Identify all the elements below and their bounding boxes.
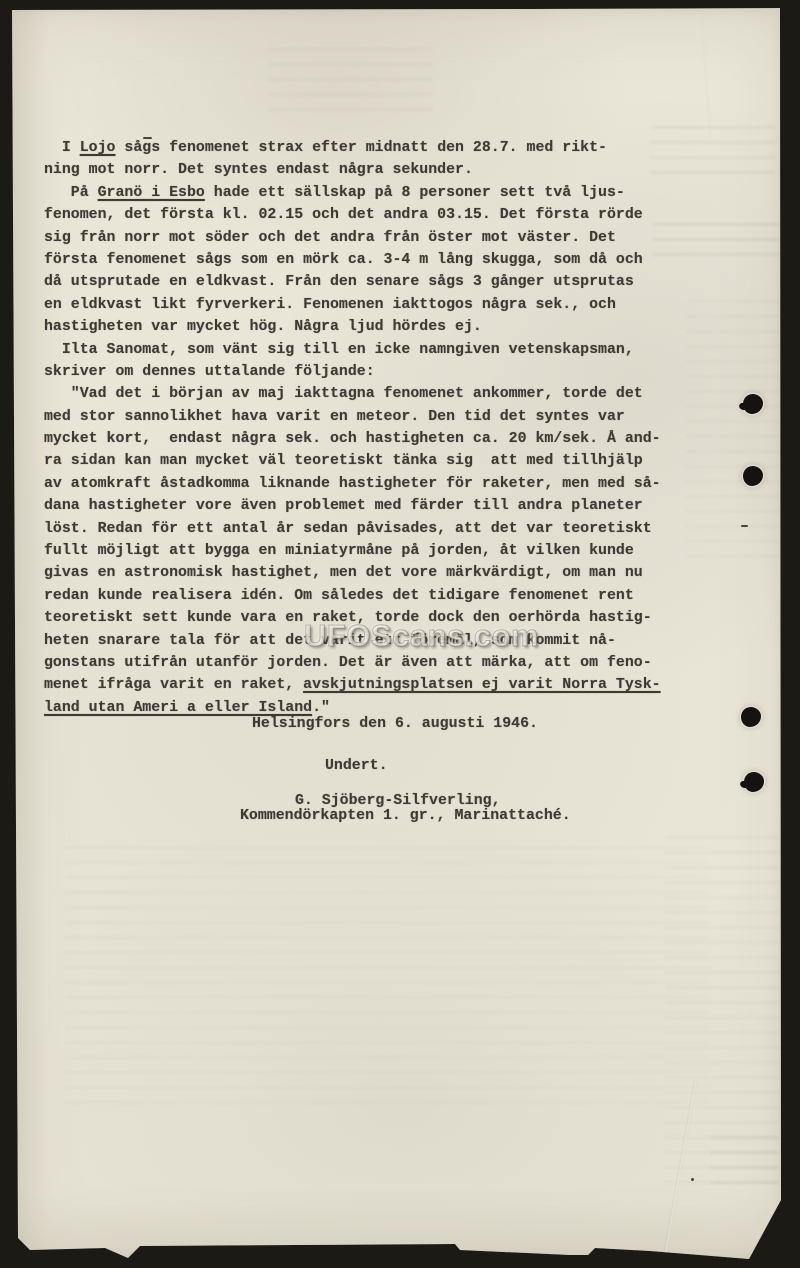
- text-line: I Lojo sågs fenomenet strax efter midnat…: [44, 137, 661, 159]
- text-line: ning mot norr. Det syntes endast några s…: [44, 159, 661, 181]
- text-line: menet ifråga varit en raket, avskjutning…: [44, 674, 661, 696]
- text-line: då utsprutade en eldkvast. Från den sena…: [44, 271, 661, 293]
- text-line: med stor sannolikhet hava varit en meteo…: [44, 406, 661, 428]
- ink-speck: [143, 137, 152, 139]
- watermark: UFOScans.com: [304, 620, 539, 651]
- text-line: första fenomenet sågs som en mörk ca. 3-…: [44, 249, 661, 271]
- text-line: sig från norr mot söder och det andra fr…: [44, 227, 661, 249]
- paper-crease: [700, 8, 711, 138]
- closing-place-date: Helsingfors den 6. augusti 1946.: [252, 717, 538, 732]
- text-line: redan kunde realisera idén. Om således d…: [44, 585, 661, 607]
- text-line: av atomkraft åstadkomma liknande hastigh…: [44, 473, 661, 495]
- text-line: fenomen, det första kl. 02.15 och det an…: [44, 204, 661, 226]
- bleedthrough-smudge: [650, 126, 775, 174]
- text-line: en eldkvast likt fyrverkeri. Fenomenen i…: [44, 294, 661, 316]
- text-line: "Vad det i början av maj iakttagna fenom…: [44, 383, 661, 405]
- ink-speck: [741, 525, 748, 527]
- bleedthrough-smudge: [65, 846, 710, 1111]
- bleedthrough-smudge: [686, 300, 782, 560]
- text-line: löst. Redan för ett antal år sedan påvis…: [44, 518, 661, 540]
- text-line: fullt möjligt att bygga en miniatyrmåne …: [44, 540, 661, 562]
- text-line: mycket kort, endast några sek. och hasti…: [44, 428, 661, 450]
- text-line: ra sidan kan man mycket väl teoretiskt t…: [44, 450, 661, 472]
- text-line: hastigheten var mycket hög. Några ljud h…: [44, 316, 661, 338]
- ink-speck: [691, 1178, 694, 1181]
- bleedthrough-smudge: [710, 1136, 778, 1196]
- signature-title: Kommendörkapten 1. gr., Marinattaché.: [240, 809, 571, 824]
- text-line: gonstans utifrån utanför jorden. Det är …: [44, 652, 661, 674]
- text-line: skriver om dennes uttalande följande:: [44, 361, 661, 383]
- punch-hole: [741, 707, 761, 727]
- text-line: På Granö i Esbo hade ett sällskap på 8 p…: [44, 182, 661, 204]
- punch-hole: [744, 772, 764, 792]
- bleedthrough-smudge: [652, 223, 782, 265]
- closing-undersigned: Undert.: [325, 759, 388, 774]
- text-line: givas en astronomisk hastighet, men det …: [44, 562, 661, 584]
- text-line: dana hastigheter vore även problemet med…: [44, 495, 661, 517]
- bleedthrough-smudge: [268, 48, 433, 118]
- signature-name: G. Sjöberg-Silfverling,: [295, 794, 501, 809]
- document-page: I Lojo sågs fenomenet strax efter midnat…: [10, 8, 791, 1261]
- text-line: Ilta Sanomat, som vänt sig till en icke …: [44, 339, 661, 361]
